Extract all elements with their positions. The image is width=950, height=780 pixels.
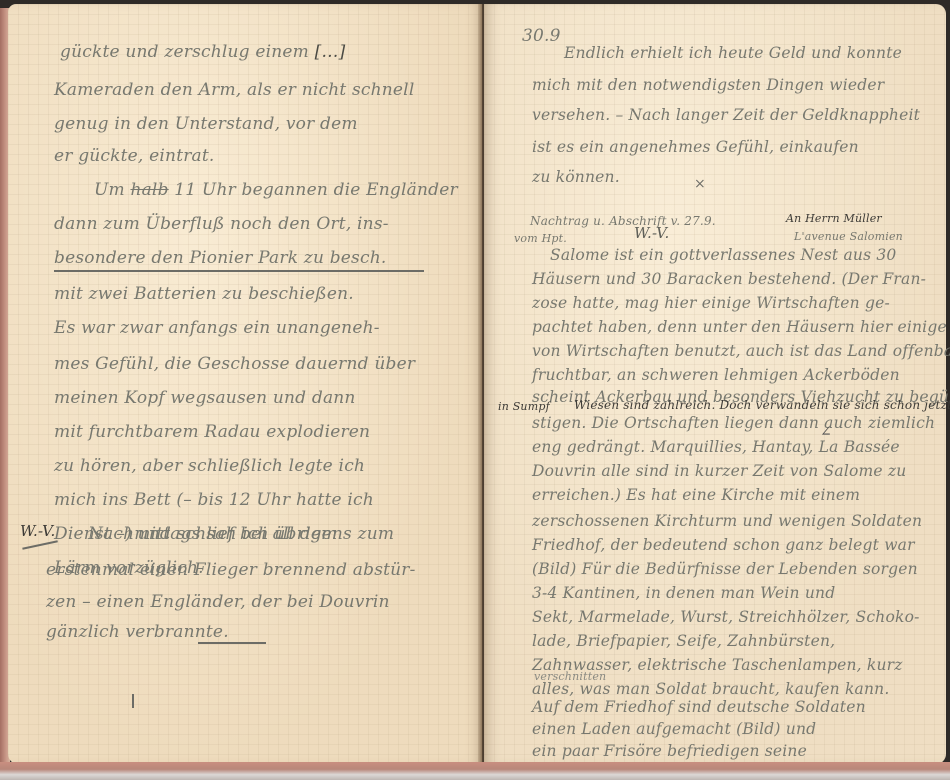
- addendum-heading: Nachtrag u. Abschrift v. 27.9.: [530, 214, 716, 228]
- margin-mark-underline: [22, 540, 58, 549]
- addendum-line-1: Salome ist ein gottverlassenes Nest aus …: [550, 246, 897, 264]
- addendum-line-2: Häusern und 30 Baracken bestehend. (Der …: [532, 270, 926, 288]
- addendum-line-21: Auf dem Friedhof sind deutsche Soldaten: [532, 698, 866, 716]
- left-line-4: er gückte, eintrat.: [54, 146, 215, 166]
- left-line-18: erstenmal einen Flieger brennend abstür-: [46, 560, 416, 580]
- left-line-6: dann zum Überfluß noch den Ort, ins-: [54, 214, 389, 234]
- addendum-line-6: fruchtbar, an schweren lehmigen Ackerböd…: [532, 366, 900, 384]
- left-line-8: mit zwei Batterien zu beschießen.: [54, 284, 354, 304]
- left-line-9: Es war zwar anfangs ein unangeneh-: [54, 318, 380, 338]
- left-line-7: besondere den Pionier Park zu besch.: [54, 248, 386, 268]
- addendum-line-4: pachtet haben, denn unter den Häusern hi…: [532, 318, 947, 336]
- addendum-source: vom Hpt.: [514, 232, 567, 245]
- left-line-12: mit furchtbarem Radau explodieren: [54, 422, 370, 442]
- note-recipient: An Herrn Müller: [786, 212, 882, 225]
- left-line-5: Um halb 11 Uhr begannen die Engländer: [94, 180, 458, 200]
- left-line-20: gänzlich verbrannte.: [46, 622, 229, 642]
- left-line-10: mes Gefühl, die Geschosse dauernd über: [54, 354, 415, 374]
- left-line-14: mich ins Bett (– bis 12 Uhr hatte ich: [54, 490, 374, 510]
- addendum-line-12: zerschossenen Kirchturm und wenigen Sold…: [532, 512, 922, 530]
- addendum-line-11: erreichen.) Es hat eine Kirche mit einem: [532, 486, 860, 504]
- addendum-line-23: ein paar Frisöre befriedigen seine: [532, 742, 807, 760]
- struck-word: halb: [130, 180, 168, 200]
- entry-end-rule: [198, 642, 266, 644]
- left-line-13: zu hören, aber schließlich legte ich: [54, 456, 365, 476]
- left-line-2: Kameraden den Arm, als er nicht schnell: [54, 80, 414, 100]
- right-line-3: versehen. – Nach langer Zeit der Geldkna…: [532, 106, 920, 124]
- pencil-mark: [132, 694, 134, 708]
- addendum-line-10: Douvrin alle sind in kurzer Zeit von Sal…: [532, 462, 906, 480]
- inserted-line: Wiesen sind zahlreich. Doch verwandeln s…: [574, 398, 950, 412]
- note-address: L'avenue Salomien: [794, 230, 903, 243]
- section-separator: ×: [694, 176, 706, 192]
- right-line-5: zu können.: [532, 168, 620, 186]
- addendum-line-3: zose hatte, mag hier einige Wirtschaften…: [532, 294, 890, 312]
- left-page: gückte und zerschlug einem […] Kameraden…: [8, 4, 482, 764]
- entry-date: 30.9: [522, 26, 561, 46]
- left-line-11: meinen Kopf wegsausen und dann: [54, 388, 356, 408]
- addendum-line-9: eng gedrängt. Marquillies, Hantay, La Ba…: [532, 438, 900, 456]
- addendum-line-14: (Bild) Für die Bedürfnisse der Lebenden …: [532, 560, 918, 578]
- addendum-line-17: lade, Briefpapier, Seife, Zahnbürsten,: [532, 632, 835, 650]
- addendum-line-16: Sekt, Marmelade, Wurst, Streichhölzer, S…: [532, 608, 920, 626]
- left-line-3: genug in den Unterstand, vor dem: [54, 114, 358, 134]
- addendum-line-5: von Wirtschaften benutzt, auch ist das L…: [532, 342, 950, 360]
- right-line-4: ist es ein angenehmes Gefühl, einkaufen: [532, 138, 859, 156]
- addendum-line-22: einen Laden aufgemacht (Bild) und: [532, 720, 816, 738]
- right-line-2: mich mit den notwendigsten Dingen wieder: [532, 76, 884, 94]
- addendum-line-15: 3-4 Kantinen, in denen man Wein und: [532, 584, 835, 602]
- underline: [54, 270, 424, 272]
- margin-mark-wv: W.-V.: [20, 522, 56, 540]
- notebook-spread: gückte und zerschlug einem […] Kameraden…: [0, 0, 950, 780]
- addendum-line-20: verschnitten: [534, 670, 606, 683]
- left-line-19: zen – einen Engländer, der bei Douvrin: [46, 592, 390, 612]
- right-page: 30.9 Endlich erhielt ich heute Geld und …: [484, 4, 946, 764]
- left-line-17: Nachmittags sah ich übrigens zum: [88, 524, 394, 544]
- addendum-mark: W.-V.: [634, 224, 670, 242]
- right-line-1: Endlich erhielt ich heute Geld und konnt…: [564, 44, 902, 62]
- cover-edge-bottom: [0, 762, 950, 780]
- inserted-margin-note: in Sumpf: [498, 400, 550, 413]
- left-line-1: gückte und zerschlug einem […]: [60, 42, 345, 62]
- addendum-line-13: Friedhof, der bedeutend schon ganz beleg…: [532, 536, 915, 554]
- addendum-line-8: stigen. Die Ortschaften liegen dann auch…: [532, 414, 935, 432]
